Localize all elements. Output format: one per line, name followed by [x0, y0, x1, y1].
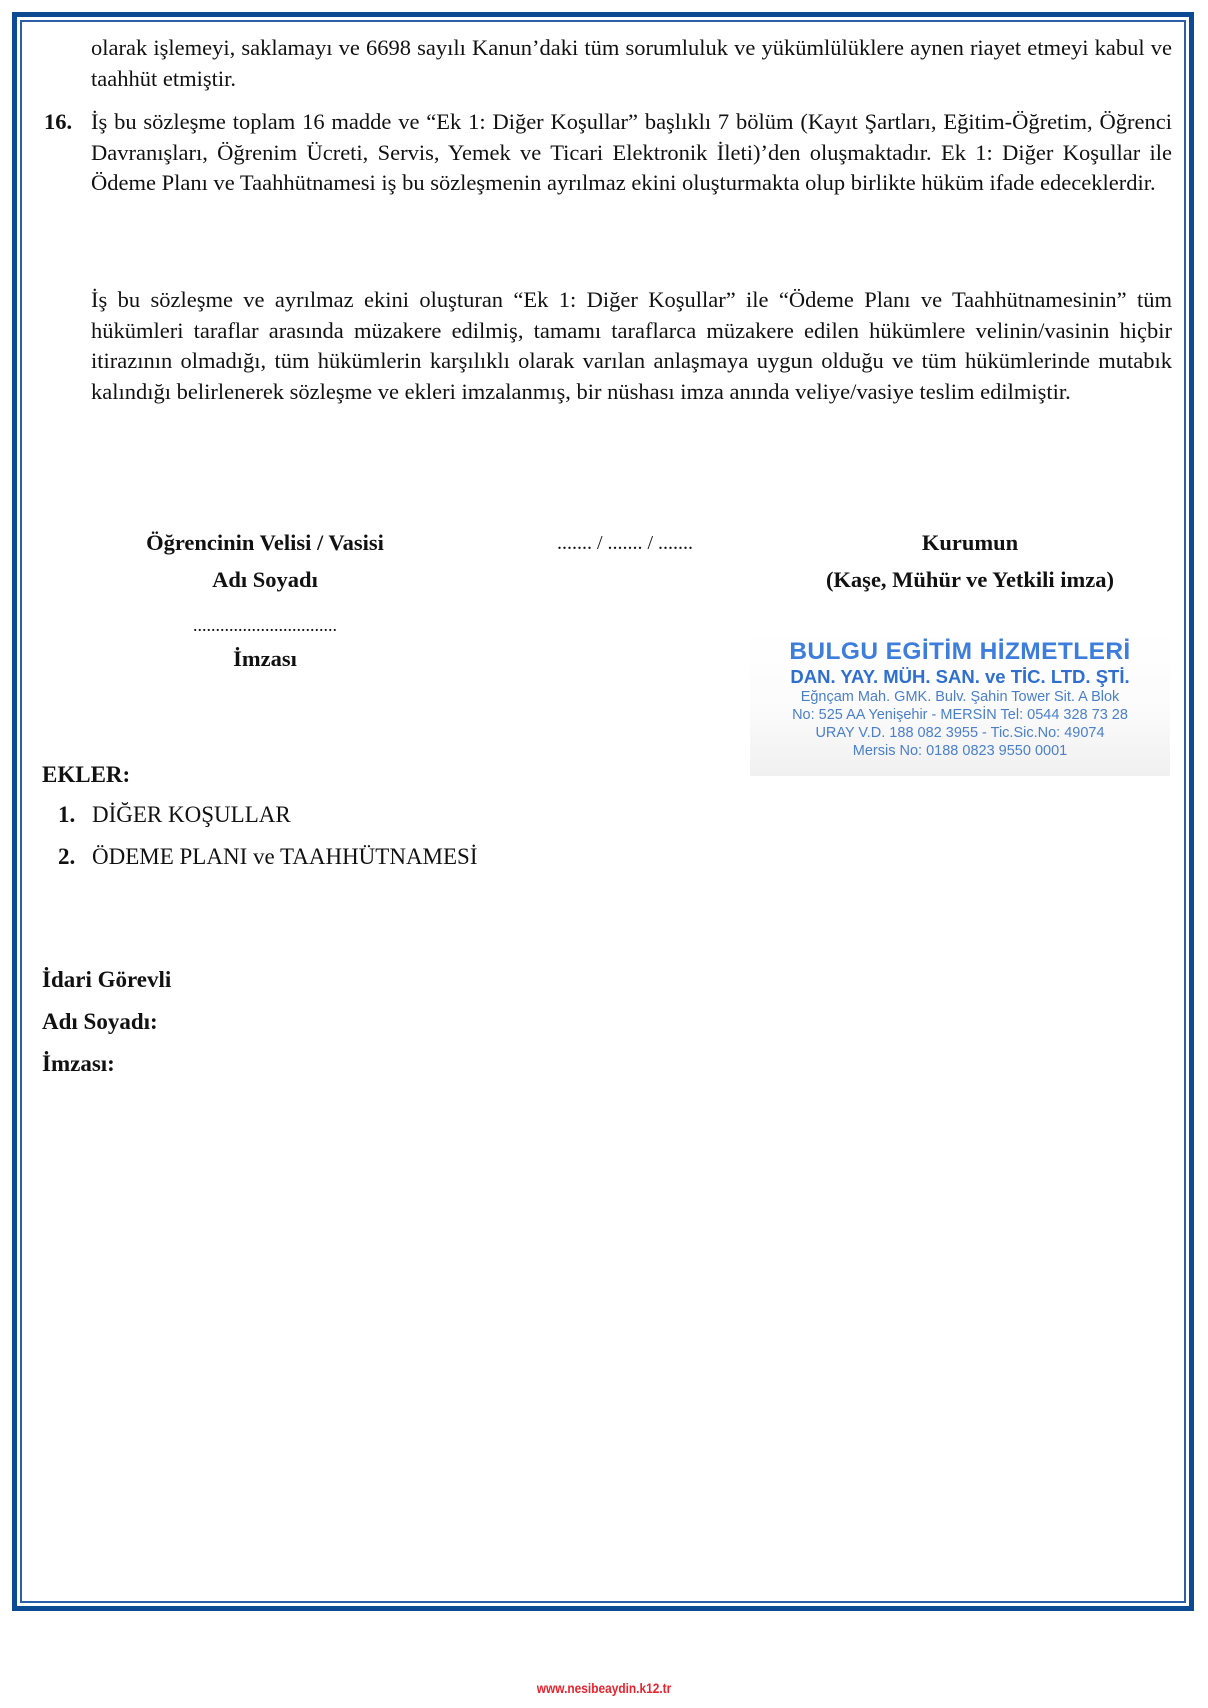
attachments-title: EKLER: [42, 762, 130, 788]
article-16-text: İş bu sözleşme toplam 16 madde ve “Ek 1:… [91, 107, 1172, 199]
stamp-mersis: Mersis No: 0188 0823 9550 0001 [750, 742, 1170, 760]
company-stamp: BULGU EGİTİM HİZMETLERİ DAN. YAY. MÜH. S… [750, 630, 1170, 776]
parent-name-label: Adı Soyadı [100, 565, 430, 595]
attachment-label: ÖDEME PLANI ve TAAHHÜTNAMESİ [92, 844, 478, 869]
attachment-label: DİĞER KOŞULLAR [92, 802, 291, 827]
institution-title: Kurumun [770, 528, 1170, 558]
article-number: 16. [44, 107, 72, 138]
document-page: olarak işlemeyi, saklamayı ve 6698 sayıl… [0, 0, 1208, 1620]
admin-name-label: Adı Soyadı: [42, 1007, 158, 1037]
attachment-number: 1. [58, 800, 92, 830]
admin-title: İdari Görevli [42, 965, 171, 995]
stamp-company-name: BULGU EGİTİM HİZMETLERİ [750, 638, 1170, 666]
stamp-address-2: No: 525 AA Yenişehir - MERSİN Tel: 0544 … [750, 706, 1170, 724]
attachment-number: 2. [58, 842, 92, 872]
parent-signature-line: ................................ [100, 610, 430, 640]
date-placeholder: ....... / ....... / ....... [520, 528, 730, 558]
parent-title: Öğrencinin Velisi / Vasisi [100, 528, 430, 558]
closing-paragraph: İş bu sözleşme ve ayrılmaz ekini oluştur… [91, 285, 1172, 407]
institution-subtitle: (Kaşe, Mühür ve Yetkili imza) [770, 565, 1170, 595]
stamp-company-type: DAN. YAY. MÜH. SAN. ve TİC. LTD. ŞTİ. [750, 666, 1170, 688]
attachment-item: 2.ÖDEME PLANI ve TAAHHÜTNAMESİ [58, 842, 478, 872]
admin-signature-label: İmzası: [42, 1049, 115, 1079]
stamp-address-1: Eğnçam Mah. GMK. Bulv. Şahin Tower Sit. … [750, 688, 1170, 706]
footer-website-link[interactable]: www.nesibeaydin.k12.tr [91, 1680, 1118, 1696]
attachment-item: 1.DİĞER KOŞULLAR [58, 800, 291, 830]
continuation-paragraph: olarak işlemeyi, saklamayı ve 6698 sayıl… [91, 33, 1172, 94]
stamp-tax-info: URAY V.D. 188 082 3955 - Tic.Sic.No: 490… [750, 724, 1170, 742]
parent-signature-label: İmzası [100, 644, 430, 674]
